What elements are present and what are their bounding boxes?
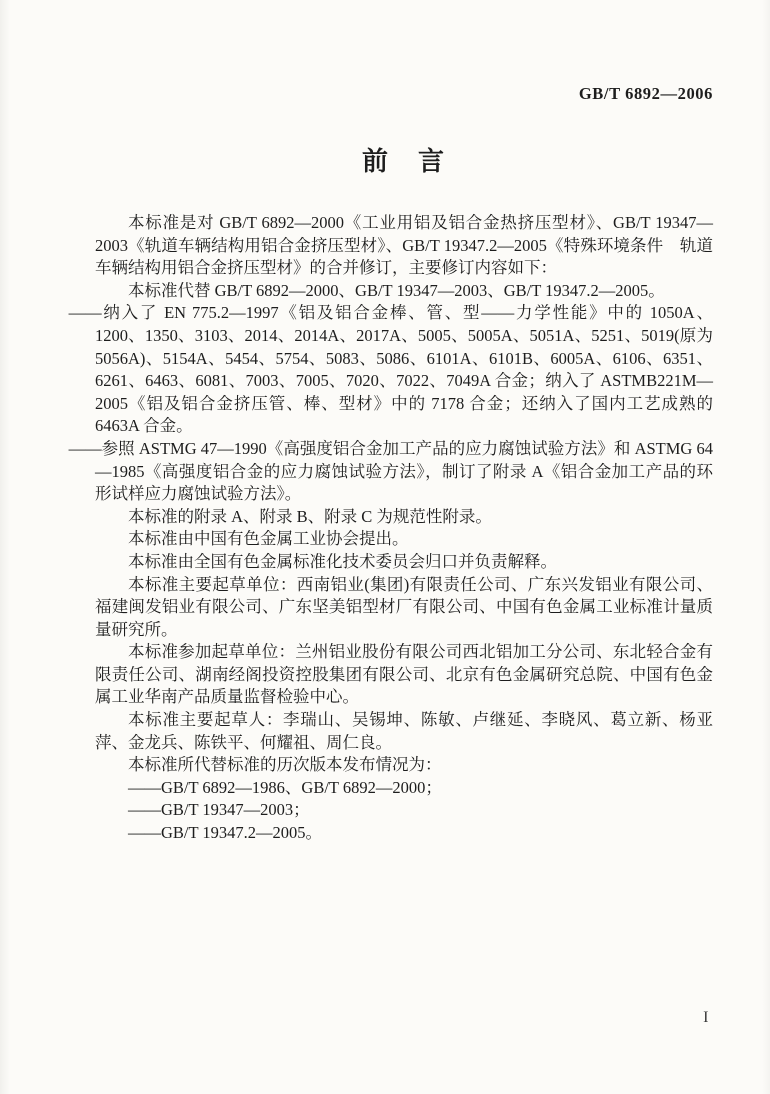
foreword-history-item-1: ——GB/T 6892—1986、GB/T 6892—2000；	[95, 777, 713, 800]
foreword-history-item-2: ——GB/T 19347—2003；	[95, 799, 713, 822]
foreword-paragraph-replaces: 本标准代替 GB/T 6892—2000、GB/T 19347—2003、GB/…	[95, 280, 713, 303]
page-title: 前 言	[95, 141, 713, 178]
foreword-paragraph-centralized-by: 本标准由全国有色金属标准化技术委员会归口并负责解释。	[95, 551, 713, 574]
foreword-paragraph-intro: 本标准是对 GB/T 6892—2000《工业用铝及铝合金热挤压型材》、GB/T…	[95, 212, 713, 280]
standard-code: GB/T 6892—2006	[579, 84, 713, 104]
document-page: GB/T 6892—2006 前 言 本标准是对 GB/T 6892—2000《…	[0, 0, 770, 1094]
foreword-content: 本标准是对 GB/T 6892—2000《工业用铝及铝合金热挤压型材》、GB/T…	[95, 212, 713, 845]
foreword-paragraph-proposed-by: 本标准由中国有色金属工业协会提出。	[95, 528, 713, 551]
foreword-paragraph-main-drafters-org: 本标准主要起草单位：西南铝业(集团)有限责任公司、广东兴发铝业有限公司、福建闽发…	[95, 574, 713, 642]
foreword-paragraph-annexes: 本标准的附录 A、附录 B、附录 C 为规范性附录。	[95, 506, 713, 529]
foreword-paragraph-drafters: 本标准主要起草人：李瑞山、吴锡坤、陈敏、卢继延、李晓风、葛立新、杨亚萍、金龙兵、…	[95, 709, 713, 754]
foreword-list-item-astm: ——参照 ASTMG 47—1990《高强度铝合金加工产品的应力腐蚀试验方法》和…	[95, 438, 713, 506]
foreword-paragraph-history-intro: 本标准所代替标准的历次版本发布情况为：	[95, 754, 713, 777]
page-number: I	[703, 1009, 709, 1027]
foreword-paragraph-participating-org: 本标准参加起草单位：兰州铝业股份有限公司西北铝加工分公司、东北轻合金有限责任公司…	[95, 641, 713, 709]
foreword-history-item-3: ——GB/T 19347.2—2005。	[95, 822, 713, 845]
foreword-list-item-alloys: ——纳入了 EN 775.2—1997《铝及铝合金棒、管、型——力学性能》中的 …	[95, 302, 713, 438]
